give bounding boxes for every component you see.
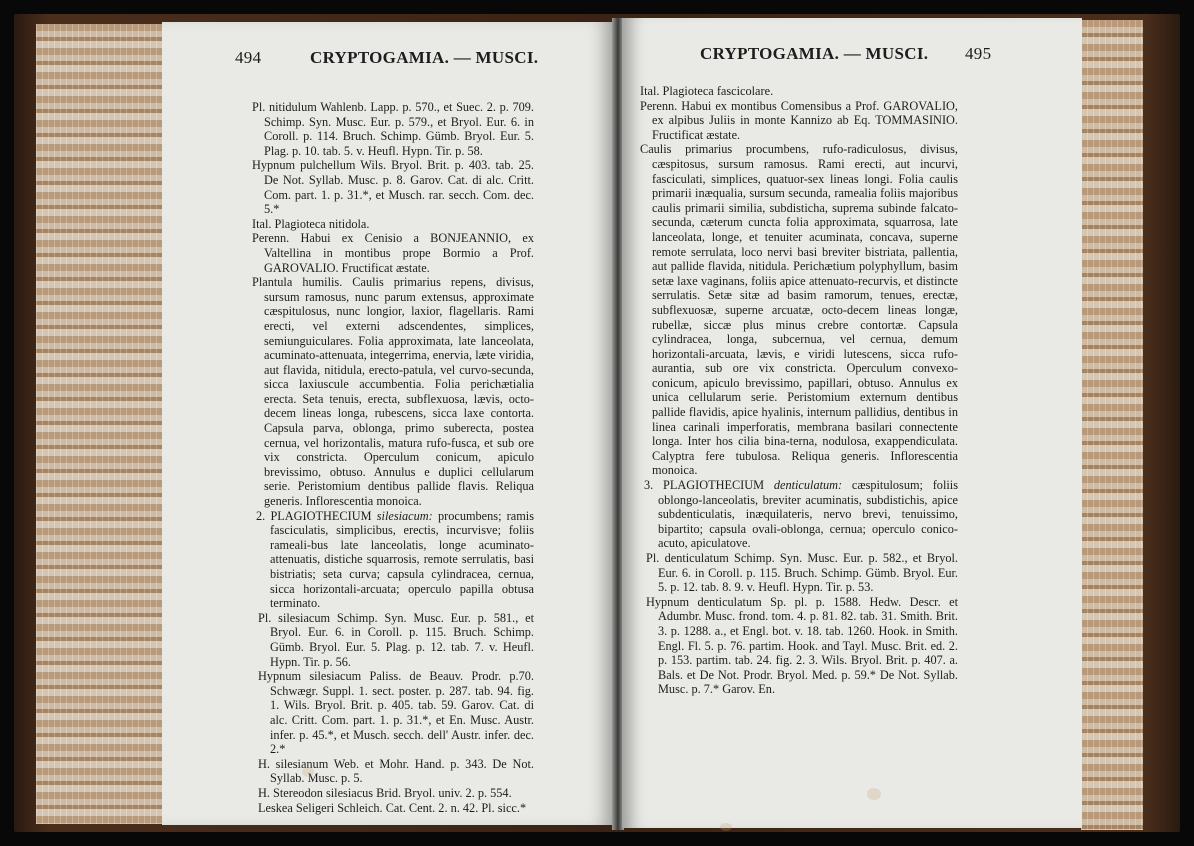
paper-stain (720, 823, 732, 831)
paragraph-vernacular: Ital. Plagioteca nitidola. (252, 217, 534, 232)
species-epithet: denticulatum: (774, 478, 842, 492)
page-number: 495 (965, 44, 991, 64)
paragraph-description: Caulis primarius procumbens, rufo-radicu… (640, 142, 958, 478)
paper-stain (302, 767, 314, 777)
species-entry: 3. PLAGIOTHECIUM denticulatum: cæspitulo… (640, 478, 958, 551)
paragraph-synonym: H. silesianum Web. et Mohr. Hand. p. 343… (258, 757, 534, 786)
paragraph-synonym: Hypnum pulchellum Wils. Bryol. Brit. p. … (252, 158, 534, 216)
right-page-edges (1081, 20, 1143, 830)
paragraph-synonym: Pl. denticulatum Schimp. Syn. Musc. Eur.… (646, 551, 958, 595)
paragraph-synonym: Hypnum silesiacum Paliss. de Beauv. Prod… (258, 669, 534, 757)
running-title: CRYPTOGAMIA. — MUSCI. (310, 48, 538, 68)
species-number: 3. (644, 478, 653, 492)
running-title: CRYPTOGAMIA. — MUSCI. (700, 44, 928, 64)
paragraph-synonym: Hypnum denticulatum Sp. pl. p. 1588. Hed… (646, 595, 958, 697)
page-number: 494 (235, 48, 261, 68)
species-entry: 2. PLAGIOTHECIUM silesiacum: procumbens;… (252, 509, 534, 611)
species-epithet: silesiacum: (377, 509, 433, 523)
paragraph-synonym: Pl. nitidulum Wahlenb. Lapp. p. 570., et… (252, 100, 534, 158)
right-page-body: Ital. Plagioteca fascicolare. Perenn. Ha… (640, 84, 958, 697)
left-page: 494 CRYPTOGAMIA. — MUSCI. Pl. nitidulum … (162, 22, 614, 825)
right-page: CRYPTOGAMIA. — MUSCI. 495 Ital. Plagiote… (622, 18, 1082, 828)
paragraph-synonym: H. Stereodon silesiacus Brid. Bryol. uni… (258, 786, 534, 801)
paragraph-habitat: Perenn. Habui ex montibus Comensibus a P… (640, 99, 958, 143)
paragraph-synonym: Leskea Seligeri Schleich. Cat. Cent. 2. … (258, 801, 534, 816)
paragraph-vernacular: Ital. Plagioteca fascicolare. (640, 84, 958, 99)
paragraph-habitat: Perenn. Habui ex Cenisio a BONJEANNIO, e… (252, 231, 534, 275)
paper-stain (867, 788, 881, 800)
paragraph-synonym: Pl. silesiacum Schimp. Syn. Musc. Eur. p… (258, 611, 534, 669)
genus-name: PLAGIOTHECIUM (663, 478, 764, 492)
species-number: 2. (256, 509, 265, 523)
paragraph-description: Plantula humilis. Caulis primarius repen… (252, 275, 534, 509)
left-page-edges (36, 24, 164, 824)
left-page-body: Pl. nitidulum Wahlenb. Lapp. p. 570., et… (252, 100, 534, 815)
species-diagnosis: procumbens; ramis fasciculatis, simplici… (270, 509, 534, 611)
genus-name: PLAGIOTHECIUM (270, 509, 371, 523)
